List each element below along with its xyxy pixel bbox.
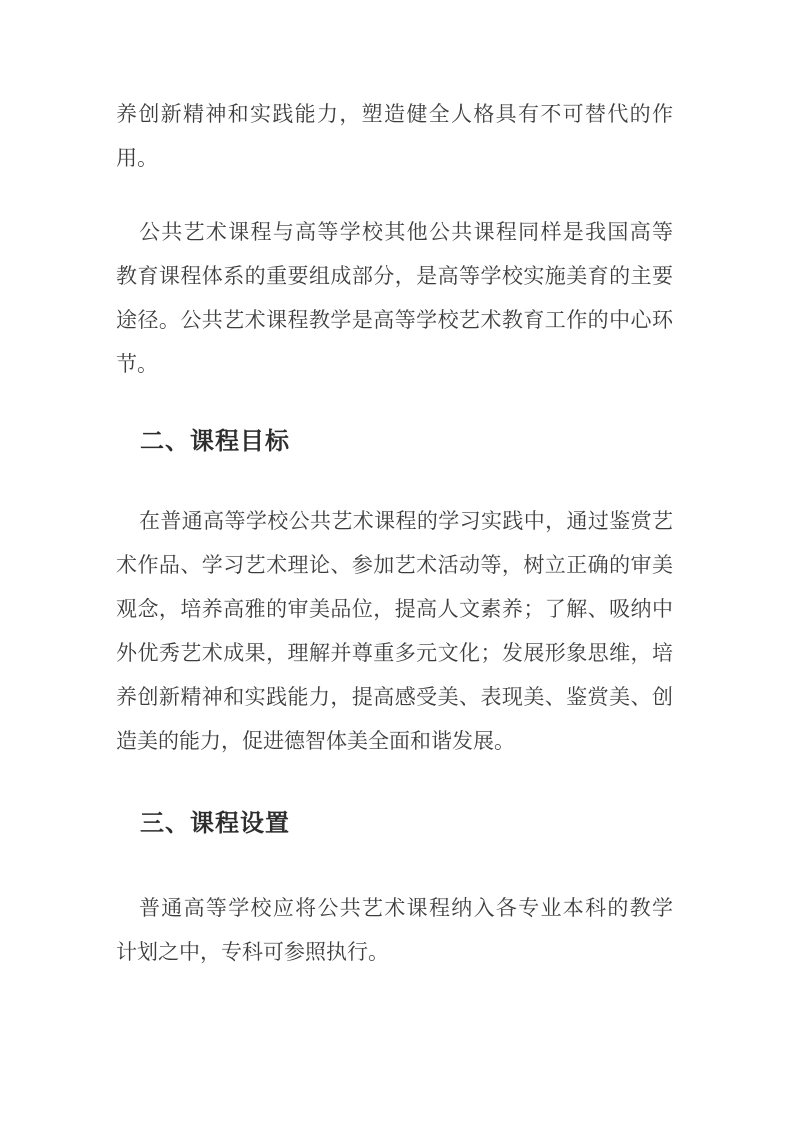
text-line: 用。 — [116, 136, 673, 180]
section-heading-course-goals: 二、课程目标 — [116, 420, 673, 464]
text-line: 术作品、学习艺术理论、参加艺术活动等，树立正确的审美 — [116, 543, 673, 587]
text-line: 外优秀艺术成果，理解并尊重多元文化；发展形象思维，培 — [116, 631, 673, 675]
text-line: 造美的能力，促进德智体美全面和谐发展。 — [116, 719, 673, 763]
body-paragraph: 公共艺术课程与高等学校其他公共课程同样是我国高等 教育课程体系的重要组成部分，是… — [116, 210, 673, 386]
body-paragraph: 养创新精神和实践能力，塑造健全人格具有不可替代的作 用。 — [116, 92, 673, 180]
text-line: 教育课程体系的重要组成部分，是高等学校实施美育的主要 — [116, 254, 673, 298]
text-line: 普通高等学校应将公共艺术课程纳入各专业本科的教学 — [116, 886, 673, 930]
body-paragraph: 在普通高等学校公共艺术课程的学习实践中，通过鉴赏艺 术作品、学习艺术理论、参加艺… — [116, 499, 673, 763]
body-paragraph: 普通高等学校应将公共艺术课程纳入各专业本科的教学 计划之中，专科可参照执行。 — [116, 886, 673, 974]
text-line: 途径。公共艺术课程教学是高等学校艺术教育工作的中心环 — [116, 298, 673, 342]
text-line: 计划之中，专科可参照执行。 — [116, 930, 673, 974]
text-line: 在普通高等学校公共艺术课程的学习实践中，通过鉴赏艺 — [116, 499, 673, 543]
text-line: 节。 — [116, 342, 673, 386]
section-heading-course-setup: 三、课程设置 — [116, 802, 673, 846]
text-line: 公共艺术课程与高等学校其他公共课程同样是我国高等 — [116, 210, 673, 254]
text-line: 养创新精神和实践能力，提高感受美、表现美、鉴赏美、创 — [116, 675, 673, 719]
text-line: 养创新精神和实践能力，塑造健全人格具有不可替代的作 — [116, 92, 673, 136]
document-page: 养创新精神和实践能力，塑造健全人格具有不可替代的作 用。 公共艺术课程与高等学校… — [0, 0, 793, 1122]
text-line: 观念，培养高雅的审美品位，提高人文素养；了解、吸纳中 — [116, 587, 673, 631]
document-content: 养创新精神和实践能力，塑造健全人格具有不可替代的作 用。 公共艺术课程与高等学校… — [116, 92, 673, 974]
